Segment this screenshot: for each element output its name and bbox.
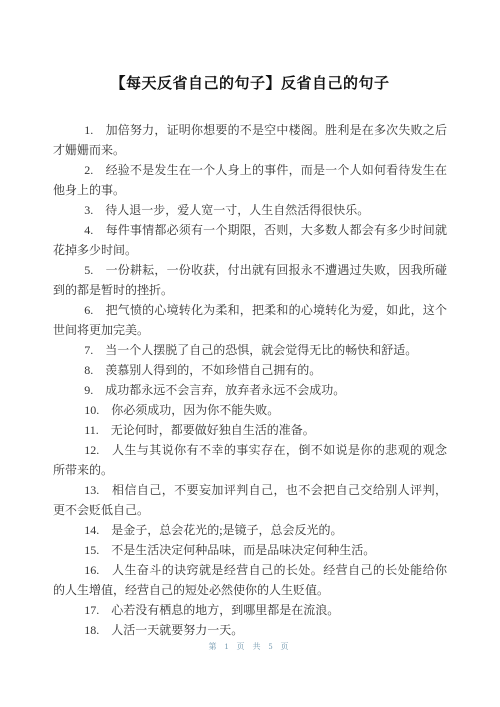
sentence-item-8: 8. 羡慕别人得到的，不如珍惜自己拥有的。: [53, 360, 447, 380]
sentence-item-2: 2. 经验不是发生在一个人身上的事件，而是一个人如何看待发生在他身上的事。: [53, 160, 447, 200]
page-title: 【每天反省自己的句子】反省自己的句子: [0, 0, 500, 94]
sentence-item-3: 3. 待人退一步，爱人宽一寸，人生自然活得很快乐。: [53, 200, 447, 220]
sentence-item-18: 18. 人活一天就要努力一天。: [53, 620, 447, 640]
document-page: 【每天反省自己的句子】反省自己的句子 1. 加倍努力，证明你想要的不是空中楼阁。…: [0, 0, 500, 707]
sentence-item-12: 12. 人生与其说你有不幸的事实存在，倒不如说是你的悲观的观念所带来的。: [53, 440, 447, 480]
sentence-item-9: 9. 成功都永远不会言弃，放弃者永远不会成功。: [53, 380, 447, 400]
sentence-item-7: 7. 当一个人摆脱了自己的恐惧，就会觉得无比的畅快和舒适。: [53, 340, 447, 360]
page-number-indicator: 第 1 页 共 5 页: [209, 642, 292, 651]
sentence-item-4: 4. 每件事情都必须有一个期限，否则，大多数人都会有多少时间就花掉多少时间。: [53, 220, 447, 260]
sentence-item-14: 14. 是金子，总会花光的;是镜子，总会反光的。: [53, 520, 447, 540]
sentence-item-16: 16. 人生奋斗的诀窍就是经营自己的长处。经营自己的长处能给你的人生增值，经营自…: [53, 560, 447, 600]
sentence-item-5: 5. 一份耕耘，一份收获，付出就有回报永不遭遇过失败，因我所碰到的都是暂时的挫折…: [53, 260, 447, 300]
sentence-item-15: 15. 不是生活决定何种品味，而是品味决定何种生活。: [53, 540, 447, 560]
sentence-item-1: 1. 加倍努力，证明你想要的不是空中楼阁。胜利是在多次失败之后才姗姗而来。: [53, 120, 447, 160]
document-body: 1. 加倍努力，证明你想要的不是空中楼阁。胜利是在多次失败之后才姗姗而来。2. …: [0, 94, 500, 640]
sentence-item-10: 10. 你必须成功，因为你不能失败。: [53, 400, 447, 420]
page-footer: 第 1 页 共 5 页: [0, 642, 500, 652]
sentence-item-17: 17. 心若没有栖息的地方，到哪里都是在流浪。: [53, 600, 447, 620]
sentence-item-6: 6. 把气愤的心境转化为柔和，把柔和的心境转化为爱，如此，这个世间将更加完美。: [53, 300, 447, 340]
sentence-item-11: 11. 无论何时，都要做好独自生活的准备。: [53, 420, 447, 440]
sentence-item-13: 13. 相信自己，不要妄加评判自己，也不会把自己交给别人评判，更不会贬低自己。: [53, 480, 447, 520]
